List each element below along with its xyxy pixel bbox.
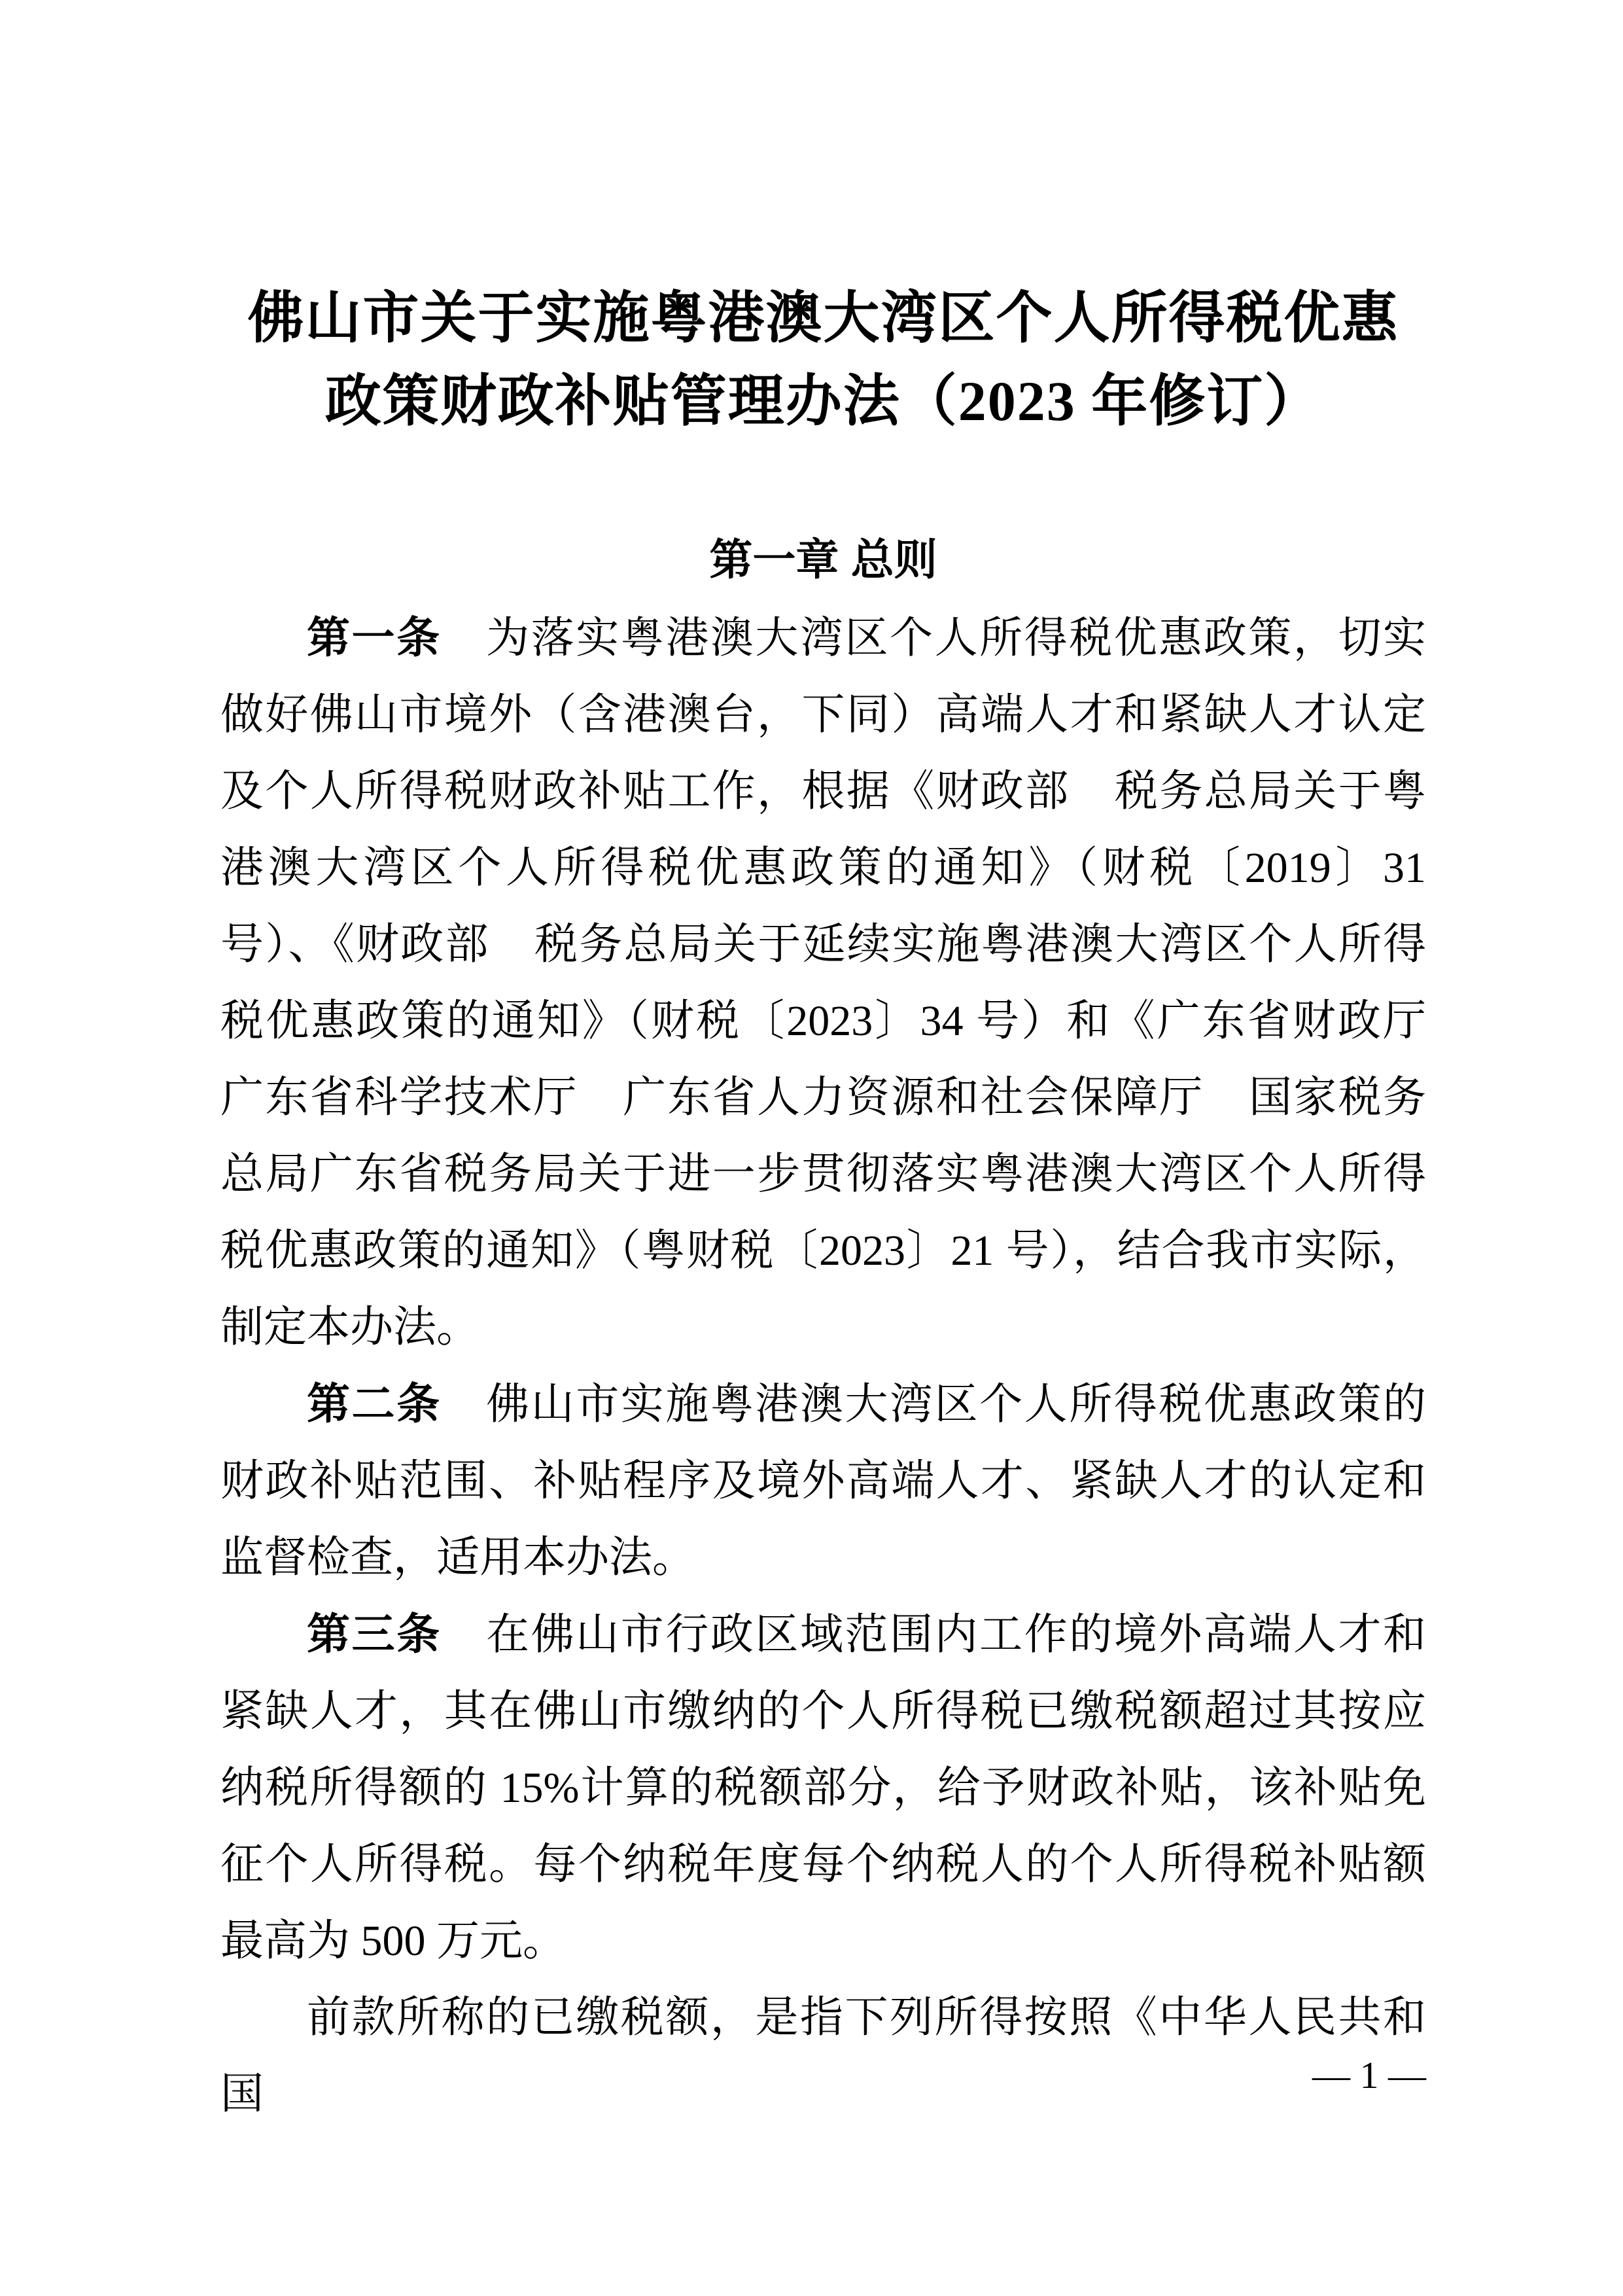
document-title: 佛山市关于实施粤港澳大湾区个人所得税优惠 政策财政补贴管理办法（2023 年修订… xyxy=(220,277,1426,443)
title-line-1: 佛山市关于实施粤港澳大湾区个人所得税优惠 xyxy=(248,287,1399,349)
article-number: 第一条 xyxy=(307,613,442,662)
article-number: 第三条 xyxy=(307,1610,442,1658)
paragraph: 第三条 在佛山市行政区域范围内工作的境外高端人才和紧缺人才，其在佛山市缴纳的个人… xyxy=(220,1596,1426,1979)
paragraph: 第一条 为落实粤港澳大湾区个人所得税优惠政策，切实做好佛山市境外（含港澳台，下同… xyxy=(220,599,1426,1366)
chapter-heading: 第一章 总则 xyxy=(220,521,1426,598)
page-number: — 1 — xyxy=(220,2056,1426,2095)
document-page: 佛山市关于实施粤港澳大湾区个人所得税优惠 政策财政补贴管理办法（2023 年修订… xyxy=(0,0,1623,2296)
article-number: 第二条 xyxy=(307,1379,442,1428)
document-body: 第一条 为落实粤港澳大湾区个人所得税优惠政策，切实做好佛山市境外（含港澳台，下同… xyxy=(220,599,1426,2132)
title-line-2: 政策财政补贴管理办法（2023 年修订） xyxy=(325,370,1322,433)
paragraph: 第二条 佛山市实施粤港澳大湾区个人所得税优惠政策的财政补贴范围、补贴程序及境外高… xyxy=(220,1366,1426,1596)
